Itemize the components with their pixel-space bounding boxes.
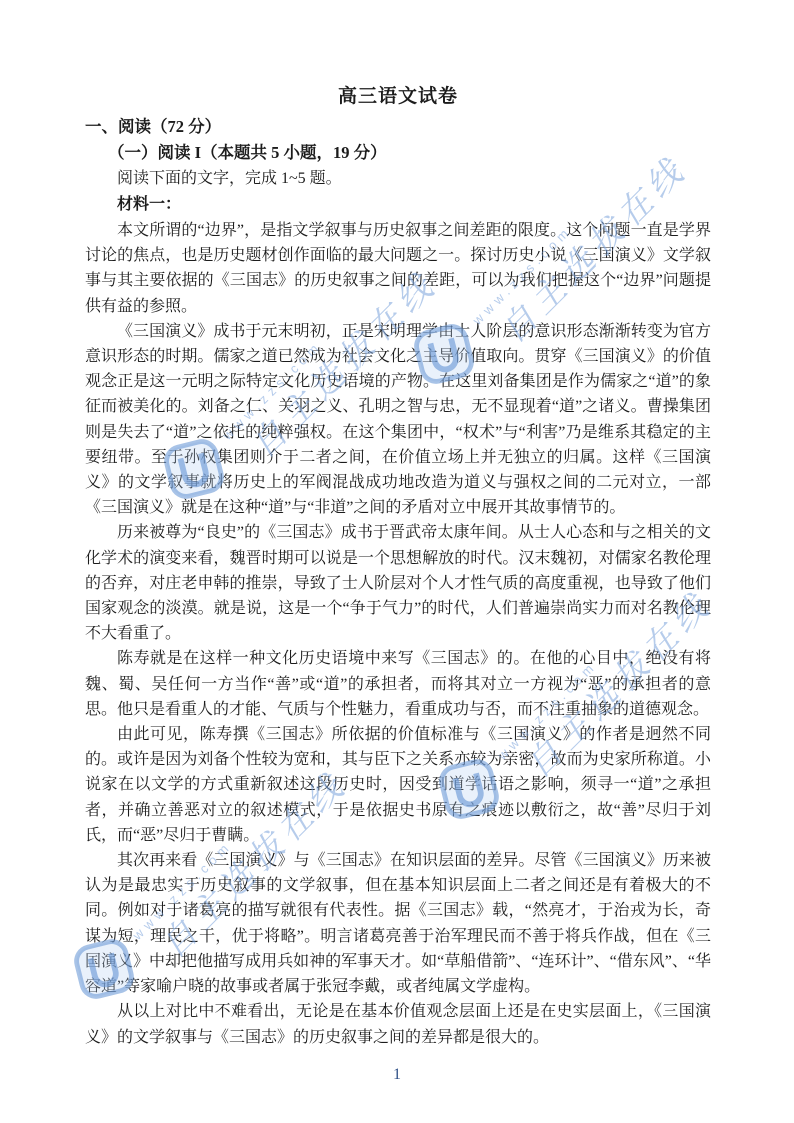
reading-instruction: 阅读下面的文字，完成 1~5 题。 bbox=[117, 166, 711, 192]
body-paragraph: 从以上对比中不难看出，无论是在基本价值观念层面上还是在史实层面上，《三国演义》的… bbox=[85, 999, 711, 1049]
page-title: 高三语文试卷 bbox=[85, 84, 711, 110]
page-number: 1 bbox=[0, 1066, 794, 1084]
subsection-heading: （一）阅读 I（本题共 5 小题，19 分） bbox=[108, 140, 711, 166]
body-paragraph: 本文所谓的“边界”，是指文学叙事与历史叙事之间差距的限度。这个问题一直是学界讨论… bbox=[85, 218, 711, 319]
body-paragraph: 由此可见，陈寿撰《三国志》所依据的价值标准与《三国演义》的作者是迥然不同的。或许… bbox=[85, 722, 711, 848]
body-paragraph: 历来被尊为“良史”的《三国志》成书于晋武帝太康年间。从士人心态和与之相关的文化学… bbox=[85, 520, 711, 646]
body-paragraph: 陈寿就是在这样一种文化历史语境中来写《三国志》的。在他的心目中，绝没有将魏、蜀、… bbox=[85, 646, 711, 722]
section-heading: 一、阅读（72 分） bbox=[85, 114, 711, 140]
body-paragraph: 《三国演义》成书于元末明初，正是宋明理学由士人阶层的意识形态渐渐转变为官方意识形… bbox=[85, 319, 711, 521]
document-page: www.zzs.com 自主选拔在线 www.zzs.com 自主选拔在线 ww… bbox=[0, 0, 794, 1123]
document-content: 高三语文试卷 一、阅读（72 分） （一）阅读 I（本题共 5 小题，19 分）… bbox=[85, 84, 711, 1050]
body-paragraph: 其次再来看《三国演义》与《三国志》在知识层面的差异。尽管《三国演义》历来被认为是… bbox=[85, 848, 711, 999]
material-label: 材料一： bbox=[117, 192, 711, 218]
